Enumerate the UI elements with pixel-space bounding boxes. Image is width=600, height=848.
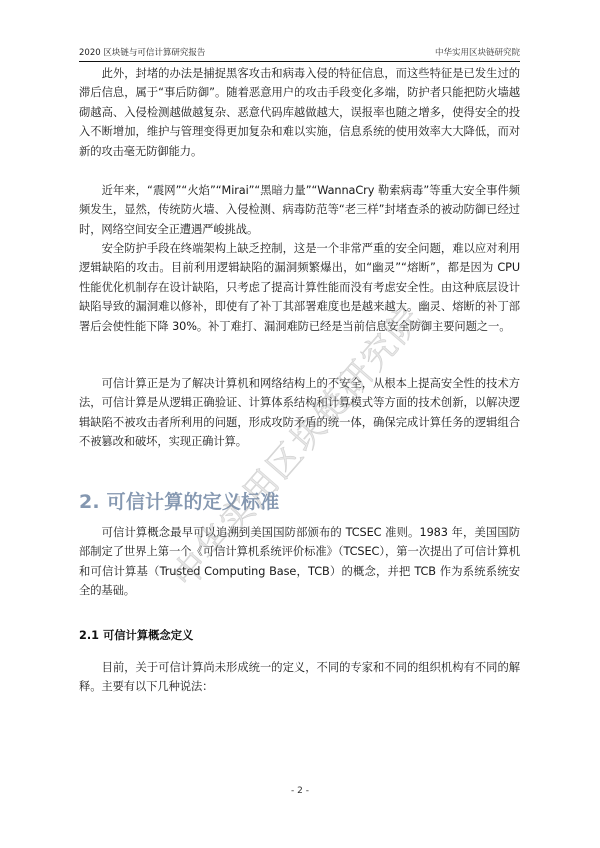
page-header: 2020 区块链与可信计算研究报告 中华实用区块链研究院 [79, 46, 520, 60]
subsection-heading: 2.1 可信计算概念定义 [79, 627, 193, 643]
organization-name: 中华实用区块链研究院 [435, 46, 520, 58]
header-divider [79, 61, 520, 62]
paragraph-tcsec-origin: 可信计算概念最早可以追溯到美国国防部颁布的 TCSEC 准则。1983 年，美国… [79, 523, 520, 601]
paragraph-security-events: 近年来，“震网”“火焰”“Mirai”“黑暗力量”“WannaCry 勒索病毒”… [79, 181, 520, 239]
page-number: - 2 - [0, 786, 600, 796]
paragraph-logic-defects: 安全防护手段在终端架构上缺乏控制，这是一个非常严重的安全问题，难以应对利用逻辑缺… [79, 239, 520, 336]
section-heading: 2. 可信计算的定义标准 [79, 487, 279, 514]
report-title: 2020 区块链与可信计算研究报告 [79, 46, 205, 58]
paragraph-trusted-computing: 可信计算正是为了解决计算机和网络结构上的不安全，从根本上提高安全性的技术方法，可… [79, 374, 520, 452]
paragraph-definition-intro: 目前，关于可信计算尚未形成统一的定义，不同的专家和不同的组织机构有不同的解释。主… [79, 658, 520, 697]
paragraph-blocking-defense: 此外，封堵的办法是捕捉黑客攻击和病毒入侵的特征信息，而这些特征是已发生过的滞后信… [79, 64, 520, 161]
